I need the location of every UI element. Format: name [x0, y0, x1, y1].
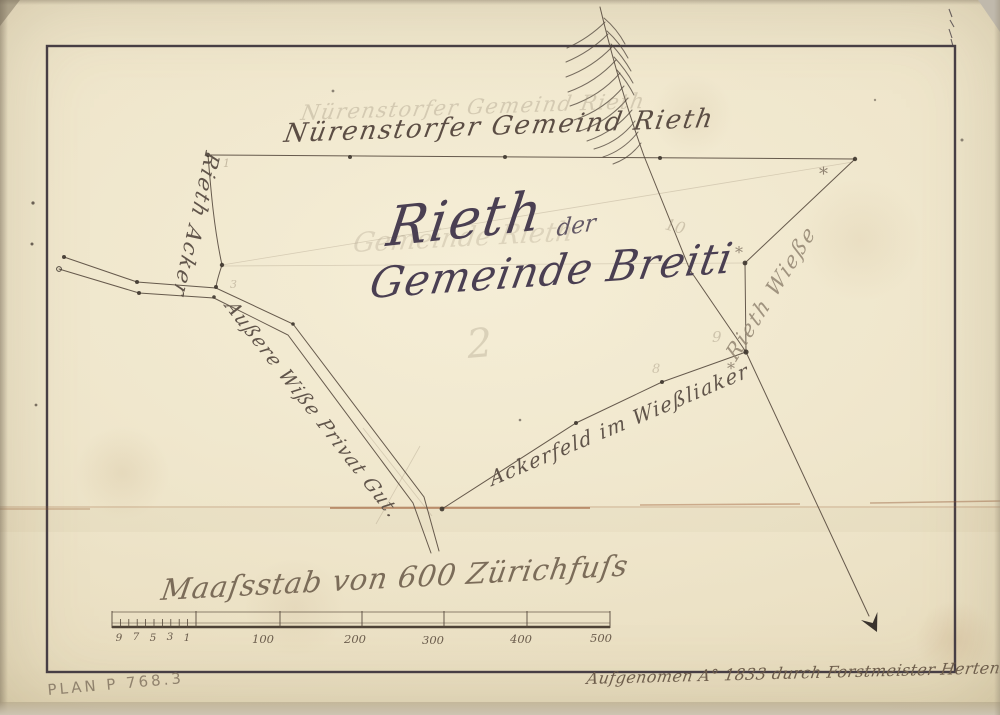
star-mark-icon: * — [735, 243, 743, 262]
corner-scribble — [949, 9, 954, 46]
scale-major-label: 400 — [509, 632, 532, 646]
survey-point — [220, 263, 224, 267]
scale-minor-label: 5 — [150, 632, 157, 644]
fold-crease-stain — [870, 501, 1000, 503]
speck — [961, 139, 964, 142]
scale-major-label: 500 — [590, 631, 612, 645]
baseline — [746, 352, 869, 616]
scale-bar: Maaſsstab von 600 Zürichfuſs — [112, 549, 631, 647]
map-sheet: Nürenstorfer Gemeind Rieth Nürenstorfer … — [0, 0, 1000, 715]
scale-major-label: 300 — [422, 633, 444, 647]
feather-barb — [568, 60, 616, 92]
archive-plan-number: PLAN P 768.3 — [47, 669, 185, 699]
map-title-connector: der — [555, 208, 599, 242]
speck — [332, 90, 335, 93]
field-label-ackerfeld: Ackerfeld im Wießliaker — [486, 358, 751, 492]
survey-point — [62, 255, 66, 259]
scale-caption: Maaſsstab von 600 Zürichfuſs — [158, 549, 631, 607]
pencil-number: 9 — [712, 328, 722, 346]
scale-major-label: 200 — [343, 632, 366, 646]
speck — [31, 243, 34, 246]
margin-annotations: PLAN P 768.3 Aufgenomen A° 1833 durch Fo… — [47, 657, 1000, 699]
survey-point — [137, 291, 141, 295]
scale-major-label: 100 — [252, 632, 274, 646]
north-boundary-line — [208, 155, 855, 159]
pencil-number: 8 — [652, 362, 660, 377]
speck — [31, 201, 34, 204]
survey-point — [658, 156, 662, 160]
plan-drawing: Nürenstorfer Gemeind Rieth Nürenstorfer … — [0, 0, 1000, 715]
labels: Nürenstorfer Gemeind Rieth Nürenstorfer … — [168, 89, 828, 521]
feather-barb — [566, 47, 612, 77]
survey-point — [660, 380, 664, 384]
survey-point — [212, 295, 216, 299]
baseline — [600, 7, 746, 352]
arrowhead-icon — [861, 612, 877, 632]
pencil-number: 10 — [663, 215, 688, 239]
attribution-note: Aufgenomen A° 1833 durch Forstmeister He… — [583, 657, 1000, 688]
survey-point — [853, 157, 857, 161]
star-mark-icon: * — [819, 164, 828, 185]
scale-minor-labels: 9 7 5 3 1 — [116, 631, 191, 644]
fold-crease-stain — [640, 504, 800, 505]
scale-minor-label: 1 — [184, 632, 191, 644]
feather-barb — [613, 143, 641, 164]
scale-minor-label: 7 — [133, 631, 140, 643]
feather-barb — [567, 22, 605, 48]
west-boundary-line — [216, 265, 222, 287]
star-mark-icon: * — [727, 359, 735, 378]
crease-lines — [0, 501, 1000, 532]
fold-shadow — [0, 508, 1000, 532]
pencil-number: 1 — [223, 157, 230, 170]
field-label-road: Außere Wiße Privat Gut. — [218, 296, 406, 522]
pencil-number: 3 — [230, 278, 237, 291]
scale-minor-label: 9 — [116, 632, 123, 644]
survey-point — [440, 507, 445, 512]
survey-point — [574, 421, 578, 425]
survey-point — [743, 261, 748, 266]
scale-minor-label: 3 — [167, 631, 174, 643]
speck — [519, 419, 522, 422]
survey-point — [348, 155, 352, 159]
feather-barb — [607, 31, 628, 58]
field-label-rieth-acker: Rieth Acker — [168, 147, 225, 302]
survey-point — [135, 280, 139, 284]
survey-point — [214, 285, 218, 289]
speck — [874, 99, 876, 101]
pencil-number: 2 — [464, 320, 494, 368]
survey-point — [503, 155, 507, 159]
scale-major-labels: 100 200 300 400 500 — [252, 631, 612, 647]
survey-point — [291, 322, 295, 326]
feather-barb — [566, 34, 608, 62]
scale-major-ticks — [112, 611, 610, 628]
speck — [35, 404, 38, 407]
